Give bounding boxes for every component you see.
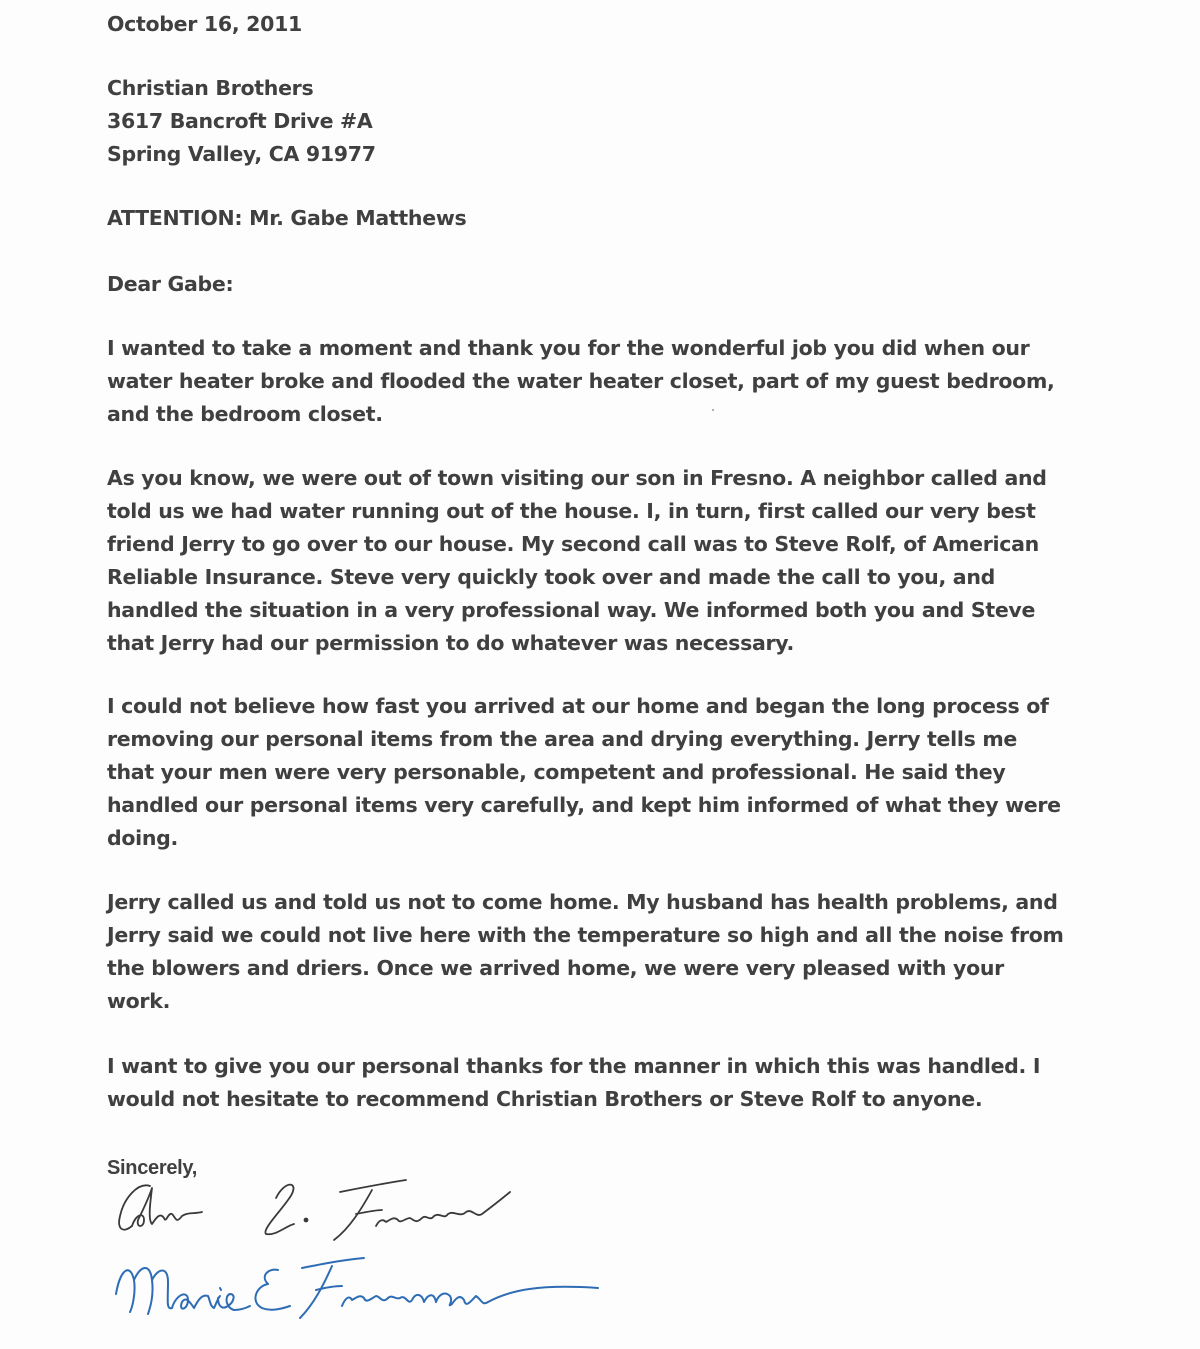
attention-line: ATTENTION: Mr. Gabe Matthews (107, 202, 466, 235)
paragraph-line: work. (107, 985, 1064, 1018)
paragraph-line: the blowers and driers. Once we arrived … (107, 952, 1064, 985)
paragraph-1: I wanted to take a moment and thank you … (107, 332, 1055, 431)
date-text: October 16, 2011 (107, 8, 302, 41)
paragraph-line: that your men were very personable, comp… (107, 756, 1061, 789)
paragraph-line: removing our personal items from the are… (107, 723, 1061, 756)
paragraph-line: I want to give you our personal thanks f… (107, 1050, 1040, 1083)
paragraph-line: Reliable Insurance. Steve very quickly t… (107, 561, 1047, 594)
recipient-street: 3617 Bancroft Drive #A (107, 105, 376, 138)
paragraph-line: handled our personal items very carefull… (107, 789, 1061, 822)
paragraph-3: I could not believe how fast you arrived… (107, 690, 1061, 855)
attention-text: ATTENTION: Mr. Gabe Matthews (107, 202, 466, 235)
paragraph-line: As you know, we were out of town visitin… (107, 462, 1047, 495)
signature-colm-freeman (110, 1168, 570, 1248)
paragraph-line: water heater broke and flooded the water… (107, 365, 1055, 398)
paragraph-line: doing. (107, 822, 1061, 855)
paragraph-line: would not hesitate to recommend Christia… (107, 1083, 1040, 1116)
paragraph-line: told us we had water running out of the … (107, 495, 1047, 528)
paragraph-line: I could not believe how fast you arrived… (107, 690, 1061, 723)
recipient-name: Christian Brothers (107, 72, 376, 105)
paragraph-line: handled the situation in a very professi… (107, 594, 1047, 627)
paragraph-line: friend Jerry to go over to our house. My… (107, 528, 1047, 561)
paragraph-4: Jerry called us and told us not to come … (107, 886, 1064, 1018)
paragraph-line: and the bedroom closet. (107, 398, 1055, 431)
salutation-text: Dear Gabe: (107, 268, 233, 301)
recipient-city: Spring Valley, CA 91977 (107, 138, 376, 171)
paragraph-line: that Jerry had our permission to do what… (107, 627, 1047, 660)
scan-speck (712, 409, 714, 411)
recipient-address: Christian Brothers 3617 Bancroft Drive #… (107, 72, 376, 171)
paragraph-line: Jerry said we could not live here with t… (107, 919, 1064, 952)
letter-date: October 16, 2011 (107, 8, 302, 41)
paragraph-line: Jerry called us and told us not to come … (107, 886, 1064, 919)
signature-marie-freeman (110, 1250, 630, 1330)
salutation: Dear Gabe: (107, 268, 233, 301)
paragraph-5: I want to give you our personal thanks f… (107, 1050, 1040, 1116)
paragraph-2: As you know, we were out of town visitin… (107, 462, 1047, 660)
paragraph-line: I wanted to take a moment and thank you … (107, 332, 1055, 365)
letter-page: October 16, 2011 Christian Brothers 3617… (0, 0, 1200, 1349)
